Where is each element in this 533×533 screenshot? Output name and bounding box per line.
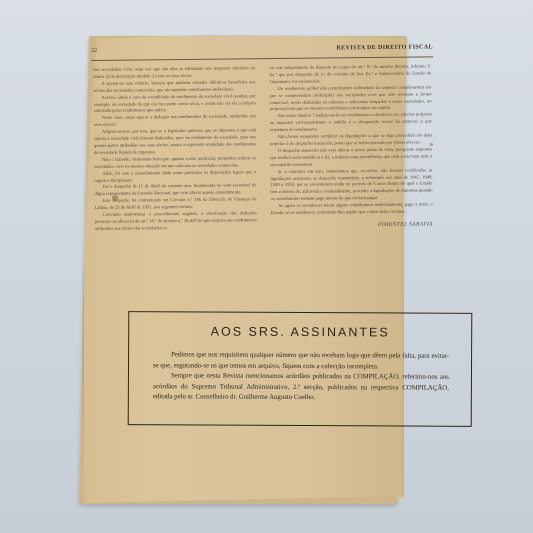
paragraph: Nas notas modelo 7 indicar-se-ão os rend… [270,112,432,134]
page-content: 22 REVISTA DE DIREITO FISCAL das socieda… [88,42,450,233]
running-title: REVISTA DE DIREITO FISCAL [336,44,433,51]
paragraph: vis em cumprimento do disposto no corpo … [269,63,431,85]
right-column: vis em cumprimento do disposto no corpo … [269,63,433,230]
notice-paragraph: Pedimos que nos requisitem qualquer núme… [153,350,449,373]
stain-mark [112,195,118,201]
notice-paragraph: Sempre que nesta Revista mencionamos acó… [153,371,449,404]
text-columns: das sociedades civis, uma vez que são el… [93,63,450,232]
paragraph: Se agora se reconhecer terem alguns cont… [271,202,433,218]
paragraph: Não o fazendo, demonstra bem que, quanto… [94,155,256,171]
page-header: 22 REVISTA DE DIREITO FISCAL [91,42,433,61]
paragraph: Acresce ainda o caso de a totalidade do … [94,93,256,115]
notice-title: AOS SRS. ASSINANTES [129,324,471,340]
left-column: das sociedades civis, uma vez que são el… [93,65,257,232]
author-signature: PIMENTEL SARAIVA [271,221,433,230]
paragraph: O despacho transcrito não veio alterar o… [270,146,432,168]
paragraph: A aceitar-se este critério, haveria que … [93,79,255,95]
paragraph: E, a estarmos em erro, lamentamos que, e… [270,167,432,203]
paragraph: Convindo uniformizar o procedimento segu… [95,210,257,232]
subscribers-notice-box: AOS SRS. ASSINANTES Pedimos que nos requ… [128,311,473,427]
notice-body: Pedimos que nos requisitem qualquer núme… [153,350,449,404]
stain-mark [430,143,433,146]
page-number: 22 [91,48,97,54]
paragraph: Do rendimento global dos contribuintes i… [269,84,431,113]
paragraph: Afigura-se-nos, por isso, que se o legis… [94,127,256,156]
